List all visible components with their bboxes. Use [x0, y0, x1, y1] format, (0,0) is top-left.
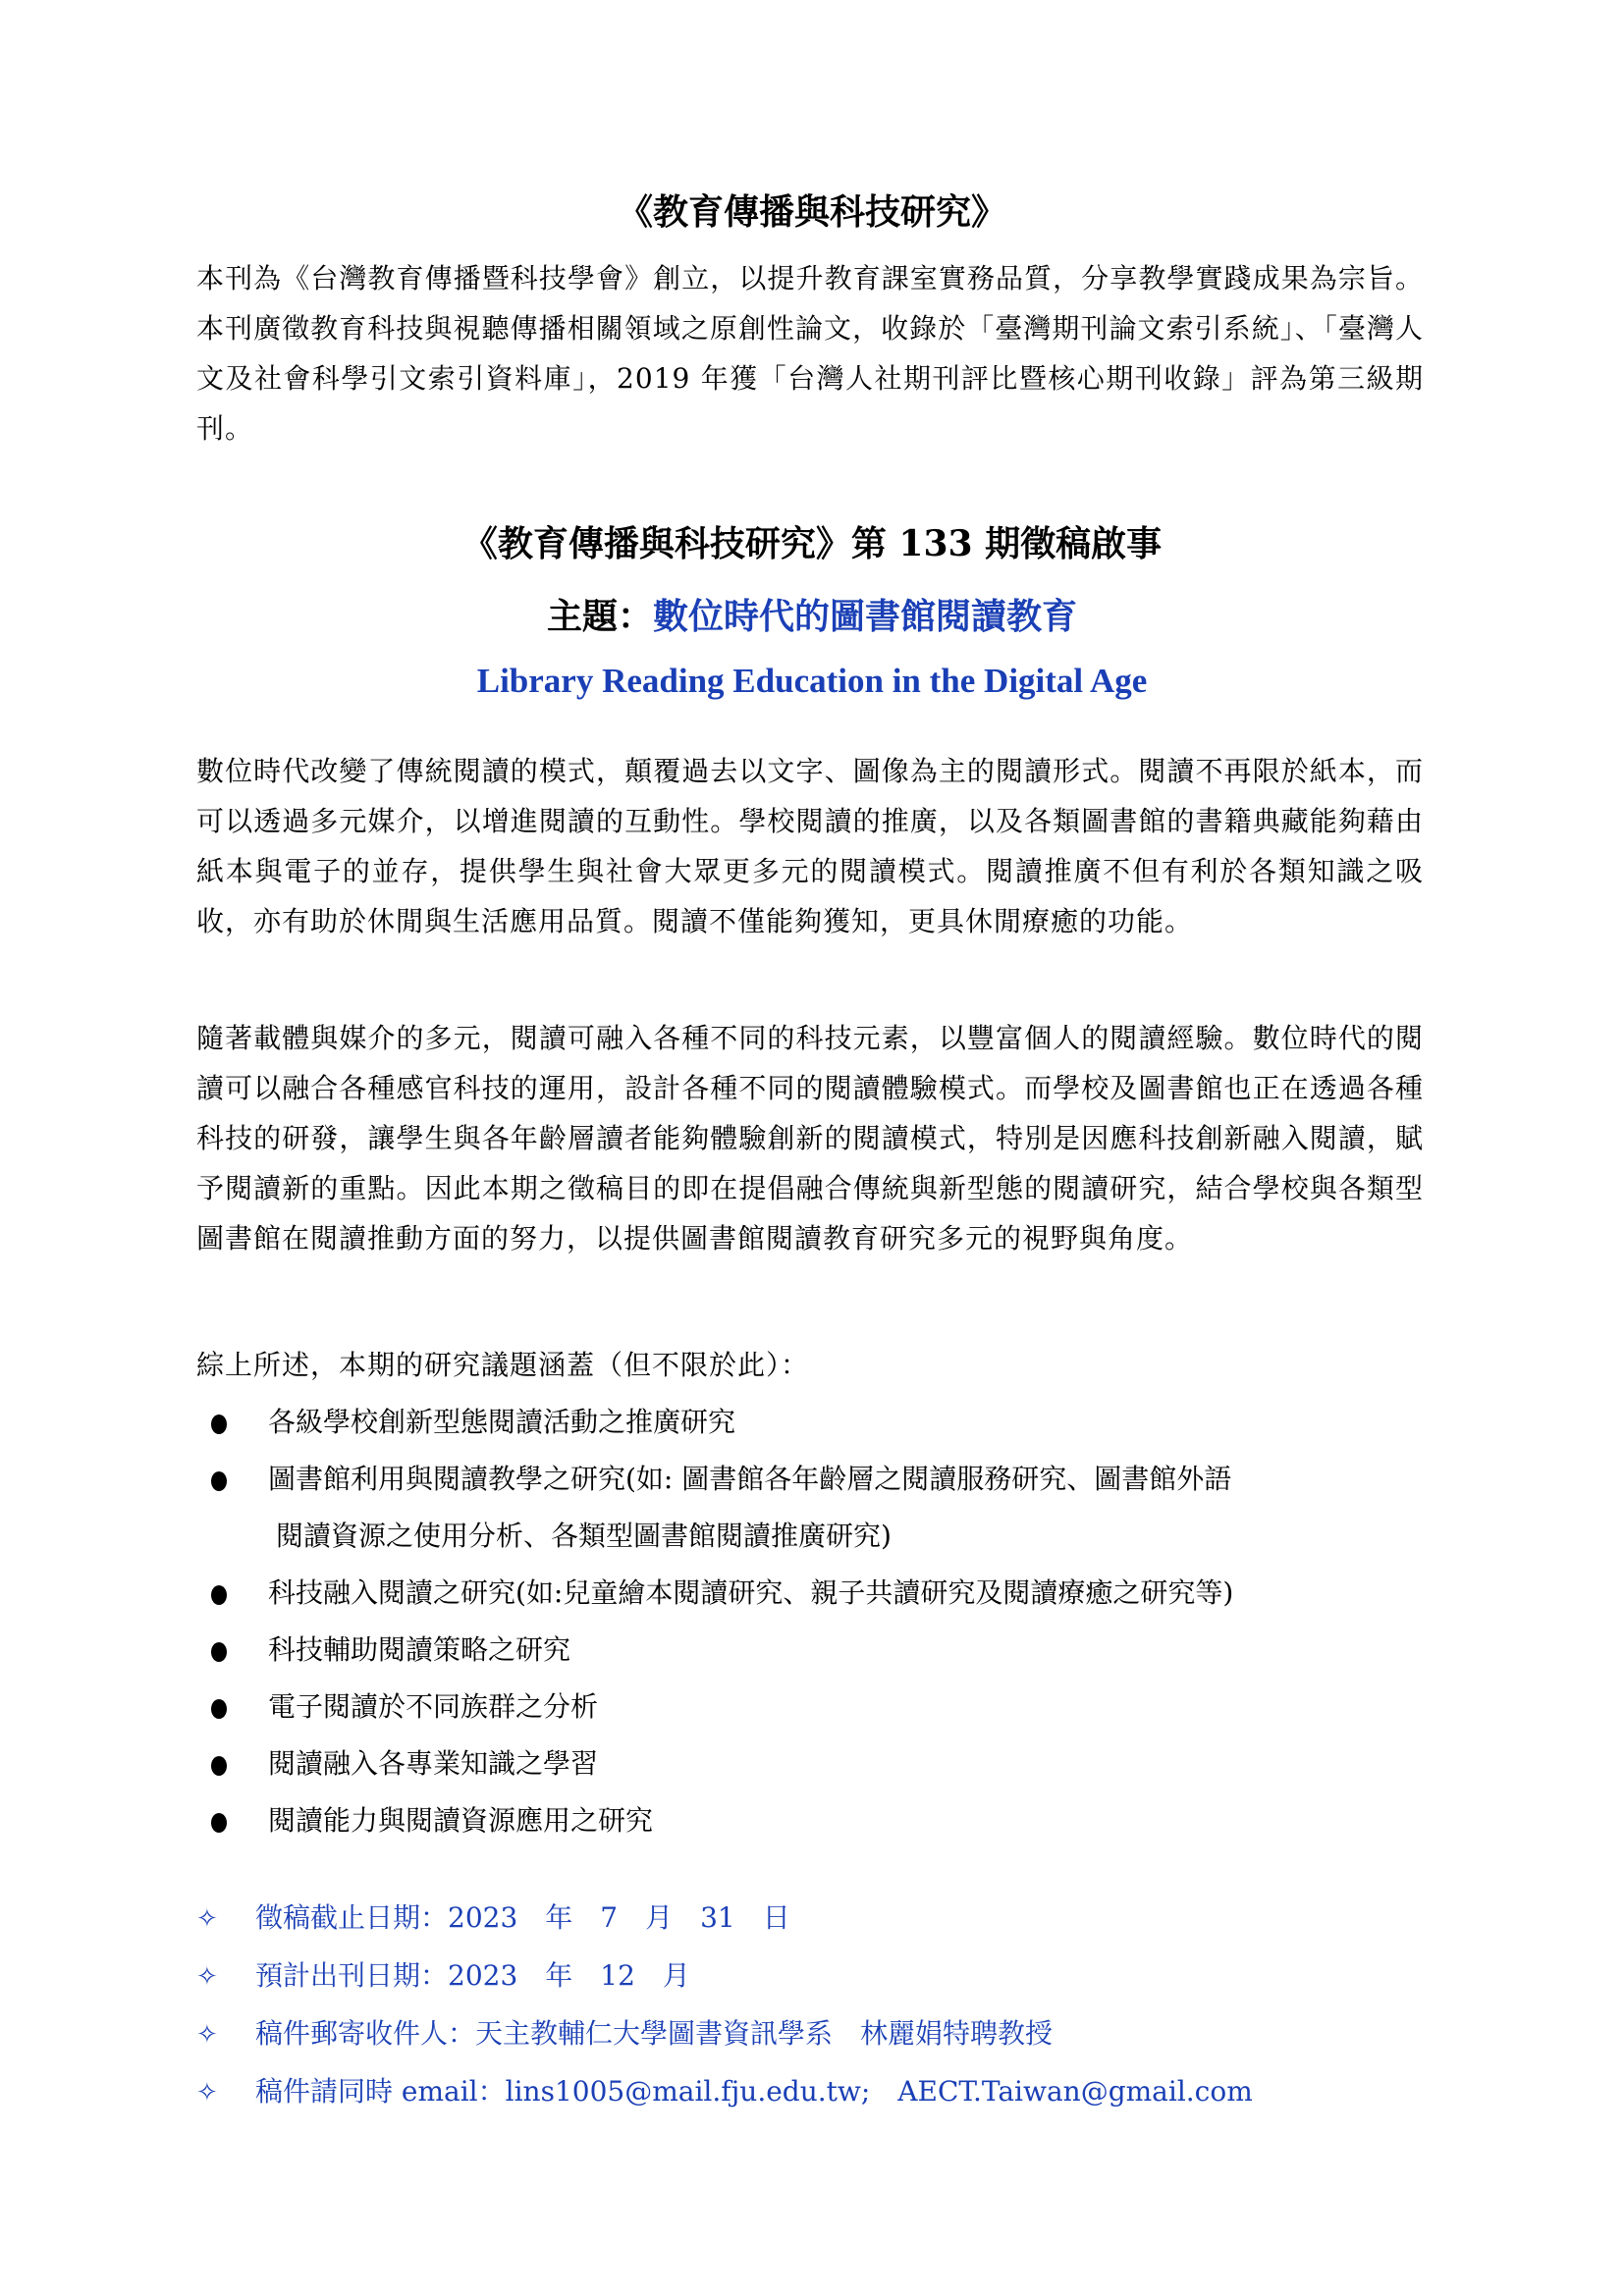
paragraph-1: 數位時代改變了傳統閱讀的模式，顛覆過去以文字、圖像為主的閱讀形式。閱讀不再限於紙…: [196, 746, 1424, 946]
bullet-icon: [211, 1813, 227, 1833]
list-item: 科技輔助閱讀策略之研究: [211, 1622, 1233, 1679]
list-item: 閱讀能力與閱讀資源應用之研究: [211, 1792, 1233, 1849]
bullet-icon: [211, 1415, 227, 1434]
diamond-icon: ✧: [196, 2064, 230, 2121]
theme-zh: 數位時代的圖書館閱讀教育: [653, 596, 1077, 637]
bullet-icon: [211, 1756, 227, 1776]
email-item[interactable]: ✧稿件請同時 email：lins1005@mail.fju.edu.tw; A…: [196, 2063, 1253, 2121]
call-title: 《教育傳播與科技研究》第 133 期徵稿啟事: [0, 516, 1624, 566]
intro-text: 本刊為《台灣教育傳播暨科技學會》創立，以提升教育課室實務品質，分享教學實踐成果為…: [196, 253, 1424, 454]
paragraph-2-text: 隨著載體與媒介的多元，閱讀可融入各種不同的科技元素，以豐富個人的閱讀經驗。數位時…: [196, 1013, 1424, 1263]
topics-intro: 綜上所述，本期的研究議題涵蓋（但不限於此）：: [196, 1340, 1424, 1390]
theme-label: 主題：: [547, 596, 653, 637]
paragraph-1-text: 數位時代改變了傳統閱讀的模式，顛覆過去以文字、圖像為主的閱讀形式。閱讀不再限於紙…: [196, 746, 1424, 946]
theme-heading: 主題：數位時代的圖書館閱讀教育: [0, 589, 1624, 639]
journal-title: 《教育傳播與科技研究》: [0, 185, 1624, 235]
bullet-icon: [211, 1699, 227, 1719]
list-item: 科技融入閱讀之研究(如:兒童繪本閱讀研究、親子共讀研究及閱讀療癒之研究等): [211, 1565, 1233, 1622]
list-item: 圖書館利用與閱讀教學之研究(如: 圖書館各年齡層之閱讀服務研究、圖書館外語: [211, 1451, 1233, 1508]
diamond-icon: ✧: [196, 1949, 230, 2005]
publish-date-item: ✧預計出刊日期：2023 年 12 月: [196, 1948, 1253, 2005]
recipient-item: ✧稿件郵寄收件人：天主教輔仁大學圖書資訊學系 林麗娟特聘教授: [196, 2005, 1253, 2063]
diamond-icon: ✧: [196, 1891, 230, 1948]
topics-list: 各級學校創新型態閱讀活動之推廣研究 圖書館利用與閱讀教學之研究(如: 圖書館各年…: [211, 1394, 1233, 1849]
diamond-icon: ✧: [196, 2006, 230, 2063]
deadline-item: ✧徵稿截止日期：2023 年 7 月 31 日: [196, 1890, 1253, 1948]
bullet-icon: [211, 1642, 227, 1662]
journal-intro: 本刊為《台灣教育傳播暨科技學會》創立，以提升教育課室實務品質，分享教學實踐成果為…: [196, 253, 1424, 454]
bullet-icon: [211, 1585, 227, 1605]
bullet-icon: [211, 1471, 227, 1491]
list-item: 電子閱讀於不同族群之分析: [211, 1679, 1233, 1735]
theme-en: Library Reading Education in the Digital…: [0, 662, 1624, 701]
list-item: 閱讀融入各專業知識之學習: [211, 1735, 1233, 1792]
paragraph-2: 隨著載體與媒介的多元，閱讀可融入各種不同的科技元素，以豐富個人的閱讀經驗。數位時…: [196, 1013, 1424, 1263]
submission-info: ✧徵稿截止日期：2023 年 7 月 31 日 ✧預計出刊日期：2023 年 1…: [196, 1890, 1253, 2121]
list-item-continuation: 閱讀資源之使用分析、各類型圖書館閱讀推廣研究): [211, 1508, 1233, 1565]
list-item: 各級學校創新型態閱讀活動之推廣研究: [211, 1394, 1233, 1451]
